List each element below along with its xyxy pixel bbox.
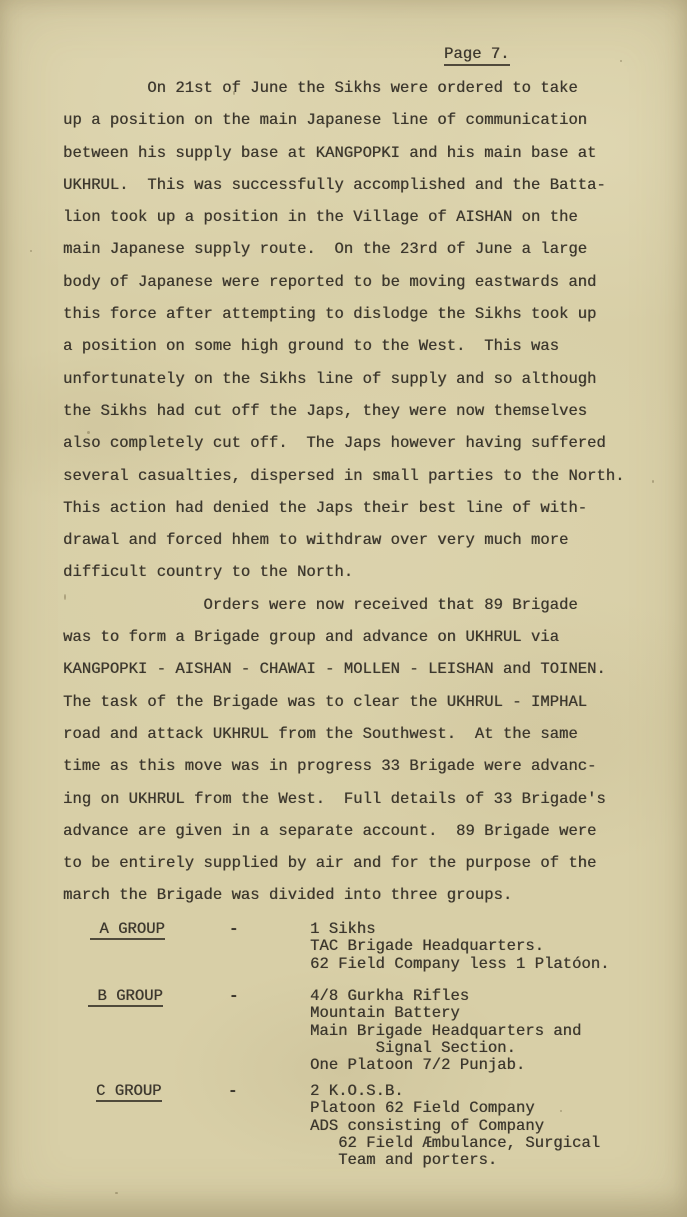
text-line: unfortunately on the Sikhs line of suppl… [63,363,624,395]
text-line: the Sikhs had cut off the Japs, they wer… [63,395,624,427]
text-line: also completely cut off. The Japs howeve… [63,427,624,459]
paper-speck [87,431,90,434]
group-line: 62 Field Æmbulance, Surgical [310,1135,600,1152]
paper-speck [64,594,66,600]
paper-speck [560,1110,562,1112]
group-a-label: A GROUP [90,921,165,940]
paper-speck [620,60,622,62]
paper-speck [30,250,32,252]
group-line: TAC Brigade Headquarters. [310,938,609,955]
group-b-dash: - [229,988,238,1005]
text-line: lion took up a position in the Village o… [63,201,624,233]
text-line: difficult country to the North. [63,556,624,588]
page-number-text: Page 7. [444,45,510,66]
text-line: several casualties, dispersed in small p… [63,460,624,492]
group-b-label: B GROUP [88,988,163,1007]
text-line: drawal and forced hhem to withdraw over … [63,524,624,556]
group-c-label: C GROUP [96,1083,162,1102]
group-line: Main Brigade Headquarters and [310,1023,581,1040]
text-line: Orders were now received that 89 Brigade [63,589,624,621]
group-line: 62 Field Company less 1 Platóon. [310,956,609,973]
group-line: Signal Section. [310,1040,581,1057]
text-line: main Japanese supply route. On the 23rd … [63,233,624,265]
group-a-dash: - [229,921,238,938]
text-line: KANGPOPKI - AISHAN - CHAWAI - MOLLEN - L… [63,653,624,685]
text-line: This action had denied the Japs their be… [63,492,624,524]
text-line: body of Japanese were reported to be mov… [63,266,624,298]
paper-speck [115,1192,118,1194]
group-b-lines: 4/8 Gurkha RiflesMountain BatteryMain Br… [310,988,581,1074]
text-line: march the Brigade was divided into three… [63,879,624,911]
text-line: this force after attempting to dislodge … [63,298,624,330]
group-line: Platoon 62 Field Company [310,1100,600,1117]
group-line: 4/8 Gurkha Rifles [310,988,581,1005]
group-c-dash: - [228,1083,237,1100]
group-line: 1 Sikhs [310,921,609,938]
page-number-heading: Page 7. [444,45,510,66]
group-line: One Platoon 7/2 Punjab. [310,1057,581,1074]
group-line: ADS consisting of Company [310,1118,600,1135]
paper-speck [233,91,235,95]
text-line: was to form a Brigade group and advance … [63,621,624,653]
text-line: between his supply base at KANGPOPKI and… [63,137,624,169]
text-line: time as this move was in progress 33 Bri… [63,750,624,782]
text-line: a position on some high ground to the We… [63,330,624,362]
group-c-lines: 2 K.O.S.B.Platoon 62 Field CompanyADS co… [310,1083,600,1169]
text-line: The task of the Brigade was to clear the… [63,686,624,718]
text-line: ing on UKHRUL from the West. Full detail… [63,783,624,815]
group-line: 2 K.O.S.B. [310,1083,600,1100]
text-line: On 21st of June the Sikhs were ordered t… [63,72,624,104]
body-text: On 21st of June the Sikhs were ordered t… [63,72,624,912]
text-line: UKHRUL. This was successfully accomplish… [63,169,624,201]
text-line: to be entirely supplied by air and for t… [63,847,624,879]
group-line: Mountain Battery [310,1005,581,1022]
text-line: advance are given in a separate account.… [63,815,624,847]
text-line: road and attack UKHRUL from the Southwes… [63,718,624,750]
group-line: Team and porters. [310,1152,600,1169]
group-a-lines: 1 SikhsTAC Brigade Headquarters.62 Field… [310,921,609,973]
text-line: up a position on the main Japanese line … [63,104,624,136]
document-page: Page 7. On 21st of June the Sikhs were o… [0,0,687,1217]
paper-speck [652,480,654,483]
